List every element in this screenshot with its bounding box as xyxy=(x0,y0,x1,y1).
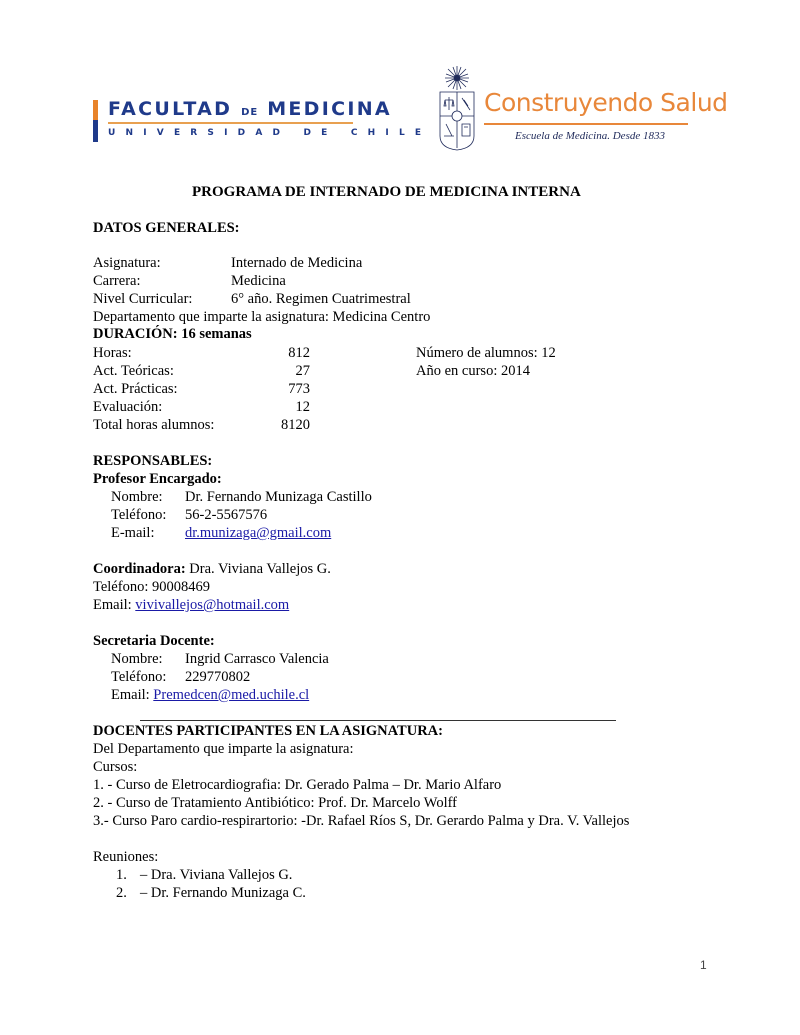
total-horas-value: 8120 xyxy=(250,417,310,434)
logo-title-de: DE xyxy=(241,107,258,118)
curso-item: 2. - Curso de Tratamiento Antibiótico: P… xyxy=(93,795,457,812)
coordinadora-telefono: Teléfono: 90008469 xyxy=(93,579,210,596)
profesor-nombre: Dr. Fernando Munizaga Castillo xyxy=(185,489,372,506)
secretaria-email-link[interactable]: Premedcen@med.uchile.cl xyxy=(153,687,309,703)
page-number: 1 xyxy=(700,958,707,972)
logo-title-part2: MEDICINA xyxy=(267,98,392,120)
coordinadora-email-line: Email: vivivallejos@hotmail.com xyxy=(93,597,289,614)
coordinadora-email-link[interactable]: vivivallejos@hotmail.com xyxy=(135,597,289,613)
docentes-intro: Del Departamento que imparte la asignatu… xyxy=(93,741,354,758)
coordinadora-nombre: Dra. Viviana Vallejos G. xyxy=(189,561,331,577)
horas-label: Horas: xyxy=(93,345,132,362)
docentes-heading: DOCENTES PARTICIPANTES EN LA ASIGNATURA: xyxy=(93,723,443,740)
carrera-label: Carrera: xyxy=(93,273,141,290)
nivel-curricular-value: 6° año. Regimen Cuatrimestral xyxy=(231,291,411,308)
datos-generales-heading: DATOS GENERALES: xyxy=(93,220,240,237)
nivel-curricular-label: Nivel Curricular: xyxy=(93,291,192,308)
act-teoricas-label: Act. Teóricas: xyxy=(93,363,174,380)
secretaria-telefono-label: Teléfono: xyxy=(111,669,166,686)
profesor-telefono: 56-2-5567576 xyxy=(185,507,267,524)
responsables-heading: RESPONSABLES: xyxy=(93,453,212,470)
evaluacion-value: 12 xyxy=(250,399,310,416)
logo-title-part1: FACULTAD xyxy=(108,98,232,120)
profesor-email-link[interactable]: dr.munizaga@gmail.com xyxy=(185,525,331,542)
university-crest-icon xyxy=(436,64,478,152)
secretaria-email-label: Email: xyxy=(111,687,150,703)
numero-alumnos: Número de alumnos: 12 xyxy=(416,345,556,362)
section-divider xyxy=(140,720,616,721)
document-title: PROGRAMA DE INTERNADO DE MEDICINA INTERN… xyxy=(192,184,581,201)
reuniones-label: Reuniones: xyxy=(93,849,158,866)
logo-subtitle: UNIVERSIDAD DE CHILE xyxy=(108,128,431,138)
horas-value: 812 xyxy=(250,345,310,362)
curso-item: 3.- Curso Paro cardio-respirartorio: -Dr… xyxy=(93,813,629,830)
duracion-heading: DURACIÓN: 16 semanas xyxy=(93,326,252,343)
logo-bar-blue xyxy=(93,120,98,142)
act-practicas-label: Act. Prácticas: xyxy=(93,381,178,398)
asignatura-label: Asignatura: xyxy=(93,255,161,272)
logo-slogan: Construyendo Salud xyxy=(484,88,728,117)
coordinadora-label: Coordinadora: xyxy=(93,561,186,577)
logo-divider xyxy=(108,122,353,124)
reunion-number: 1. xyxy=(116,867,127,884)
profesor-encargado-heading: Profesor Encargado: xyxy=(93,471,222,488)
anio-en-curso: Año en curso: 2014 xyxy=(416,363,530,380)
reunion-item: – Dra. Viviana Vallejos G. xyxy=(140,867,292,884)
coordinadora-line: Coordinadora: Dra. Viviana Vallejos G. xyxy=(93,561,331,578)
act-practicas-value: 773 xyxy=(250,381,310,398)
logo-title: FACULTAD DE MEDICINA xyxy=(108,98,392,120)
profesor-email-label: E-mail: xyxy=(111,525,155,542)
logo-bar-orange xyxy=(93,100,98,120)
profesor-nombre-label: Nombre: xyxy=(111,489,163,506)
departamento-text: Departamento que imparte la asignatura: … xyxy=(93,309,430,326)
act-teoricas-value: 27 xyxy=(250,363,310,380)
secretaria-email-line: Email: Premedcen@med.uchile.cl xyxy=(111,687,309,704)
reunion-item: – Dr. Fernando Munizaga C. xyxy=(140,885,306,902)
evaluacion-label: Evaluación: xyxy=(93,399,162,416)
cursos-label: Cursos: xyxy=(93,759,137,776)
logo-slogan-divider xyxy=(484,123,688,125)
curso-item: 1. - Curso de Eletrocardiografia: Dr. Ge… xyxy=(93,777,501,794)
reunion-number: 2. xyxy=(116,885,127,902)
profesor-telefono-label: Teléfono: xyxy=(111,507,166,524)
secretaria-heading: Secretaria Docente: xyxy=(93,633,215,650)
asignatura-value: Internado de Medicina xyxy=(231,255,362,272)
logo-school-subtitle: Escuela de Medicina. Desde 1833 xyxy=(515,130,665,142)
total-horas-label: Total horas alumnos: xyxy=(93,417,214,434)
secretaria-nombre-label: Nombre: xyxy=(111,651,163,668)
carrera-value: Medicina xyxy=(231,273,286,290)
secretaria-telefono: 229770802 xyxy=(185,669,250,686)
coordinadora-email-label: Email: xyxy=(93,597,132,613)
secretaria-nombre: Ingrid Carrasco Valencia xyxy=(185,651,329,668)
